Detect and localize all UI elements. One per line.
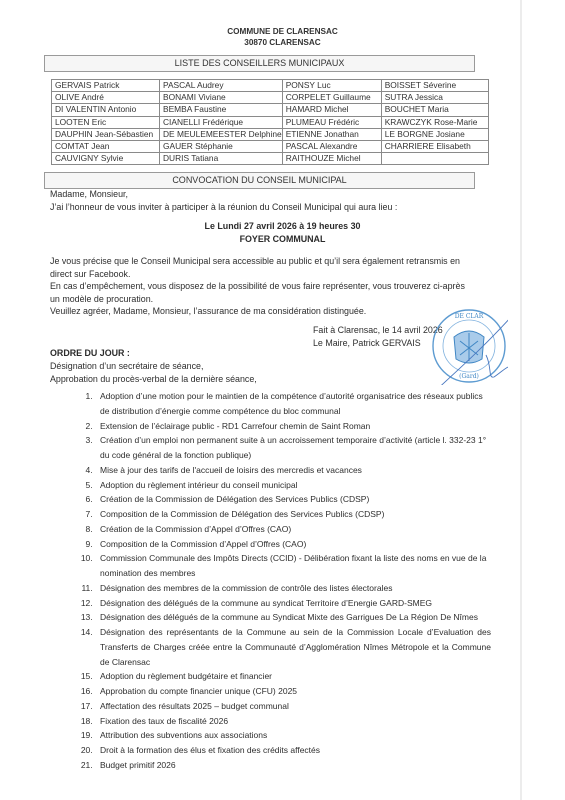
agenda-item: Désignation des délégués de la commune a…: [95, 610, 491, 625]
svg-text:DE CLAR: DE CLAR: [455, 313, 484, 320]
commune-postal: 30870 CLARENSAC: [0, 38, 565, 47]
member-cell: GERVAIS Patrick: [52, 80, 160, 92]
convocation-section-title: CONVOCATION DU CONSEIL MUNICIPAL: [44, 172, 475, 189]
table-row: LOOTEN Eric CIANELLI Frédérique PLUMEAU …: [52, 116, 489, 128]
agenda-item: Création de la Commission d’Appel d’Offr…: [95, 522, 491, 537]
table-row: OLIVE André BONAMI Viviane CORPELET Guil…: [52, 92, 489, 104]
member-cell: BOISSET Séverine: [381, 80, 488, 92]
public-access-paragraph: Je vous précise que le Conseil Municipal…: [50, 255, 470, 280]
member-cell: COMTAT Jean: [52, 140, 160, 152]
agenda-item: Budget primitif 2026: [95, 758, 491, 773]
agenda-preamble-minutes: Approbation du procès-verbal de la derni…: [50, 373, 470, 386]
table-row: DAUPHIN Jean-Sébastien DE MEULEMEESTER D…: [52, 128, 489, 140]
agenda-preamble-secretary: Désignation d’un secrétaire de séance,: [50, 360, 470, 373]
agenda-item: Affectation des résultats 2025 – budget …: [95, 699, 491, 714]
member-cell: DAUPHIN Jean-Sébastien: [52, 128, 160, 140]
invitation-intro: J’ai l’honneur de vous inviter à partici…: [50, 201, 470, 214]
member-cell: KRAWCZYK Rose-Marie: [381, 116, 488, 128]
member-cell: BEMBA Faustine: [160, 104, 283, 116]
member-cell: HAMARD Michel: [282, 104, 381, 116]
member-cell: PLUMEAU Frédéric: [282, 116, 381, 128]
commune-name: COMMUNE DE CLARENSAC: [0, 27, 565, 36]
agenda-item: Désignation des membres de la commission…: [95, 581, 491, 596]
table-row: DI VALENTIN Antonio BEMBA Faustine HAMAR…: [52, 104, 489, 116]
agenda-title: ORDRE DU JOUR :: [50, 348, 130, 358]
agenda-item: Adoption du règlement budgétaire et fina…: [95, 669, 491, 684]
member-cell: CIANELLI Frédérique: [160, 116, 283, 128]
agenda-item: Création d’un emploi non permanent suite…: [95, 433, 491, 463]
member-cell: GAUER Stéphanie: [160, 140, 283, 152]
member-cell: RAITHOUZE Michel: [282, 153, 381, 165]
member-cell: LOOTEN Eric: [52, 116, 160, 128]
member-cell: PONSY Luc: [282, 80, 381, 92]
member-cell: SUTRA Jessica: [381, 92, 488, 104]
agenda-item: Fixation des taux de fiscalité 2026: [95, 714, 491, 729]
agenda-item: Adoption du règlement intérieur du conse…: [95, 478, 491, 493]
agenda-item: Extension de l’éclairage public - RD1 Ca…: [95, 419, 491, 434]
member-cell: CORPELET Guillaume: [282, 92, 381, 104]
member-cell: CHARRIERE Elisabeth: [381, 140, 488, 152]
member-cell: PASCAL Alexandre: [282, 140, 381, 152]
agenda-item: Approbation du compte financier unique (…: [95, 684, 491, 699]
meeting-place: FOYER COMMUNAL: [0, 234, 565, 244]
member-cell: DI VALENTIN Antonio: [52, 104, 160, 116]
agenda-item: Création de la Commission de Délégation …: [95, 492, 491, 507]
agenda-item: Désignation des délégués de la commune a…: [95, 596, 491, 611]
proxy-paragraph: En cas d’empêchement, vous disposez de l…: [50, 280, 470, 305]
agenda-item: Désignation des représentants de la Comm…: [95, 625, 491, 669]
agenda-item: Commission Communale des Impôts Directs …: [95, 551, 491, 581]
table-row: COMTAT Jean GAUER Stéphanie PASCAL Alexa…: [52, 140, 489, 152]
member-cell: [381, 153, 488, 165]
agenda-item: Composition de la Commission d’Appel d’O…: [95, 537, 491, 552]
member-cell: PASCAL Audrey: [160, 80, 283, 92]
member-cell: BONAMI Viviane: [160, 92, 283, 104]
member-cell: CAUVIGNY Sylvie: [52, 153, 160, 165]
member-cell: OLIVE André: [52, 92, 160, 104]
table-row: GERVAIS Patrick PASCAL Audrey PONSY Luc …: [52, 80, 489, 92]
agenda-item: Composition de la Commission de Délégati…: [95, 507, 491, 522]
member-cell: BOUCHET Maria: [381, 104, 488, 116]
member-cell: LE BORGNE Josiane: [381, 128, 488, 140]
member-cell: DURIS Tatiana: [160, 153, 283, 165]
agenda-item: Attribution des subventions aux associat…: [95, 728, 491, 743]
agenda-item: Droit à la formation des élus et fixatio…: [95, 743, 491, 758]
salutation: Madame, Monsieur,: [50, 188, 470, 201]
member-cell: ETIENNE Jonathan: [282, 128, 381, 140]
agenda-item: Mise à jour des tarifs de l'accueil de l…: [95, 463, 491, 478]
agenda-list: Adoption d’une motion pour le maintien d…: [77, 389, 491, 773]
member-cell: DE MEULEMEESTER Delphine: [160, 128, 283, 140]
agenda-item: Adoption d’une motion pour le maintien d…: [95, 389, 491, 419]
closing-paragraph: Veuillez agréer, Madame, Monsieur, l’ass…: [50, 305, 470, 318]
signed-place-date: Fait à Clarensac, le 14 avril 2026: [313, 324, 443, 337]
table-row: CAUVIGNY Sylvie DURIS Tatiana RAITHOUZE …: [52, 153, 489, 165]
page-edge: [520, 0, 522, 800]
signatory: Le Maire, Patrick GERVAIS: [313, 337, 421, 350]
members-section-title: LISTE DES CONSEILLERS MUNICIPAUX: [44, 55, 475, 72]
members-table: GERVAIS Patrick PASCAL Audrey PONSY Luc …: [51, 79, 489, 165]
meeting-date: Le Lundi 27 avril 2026 à 19 heures 30: [0, 221, 565, 231]
